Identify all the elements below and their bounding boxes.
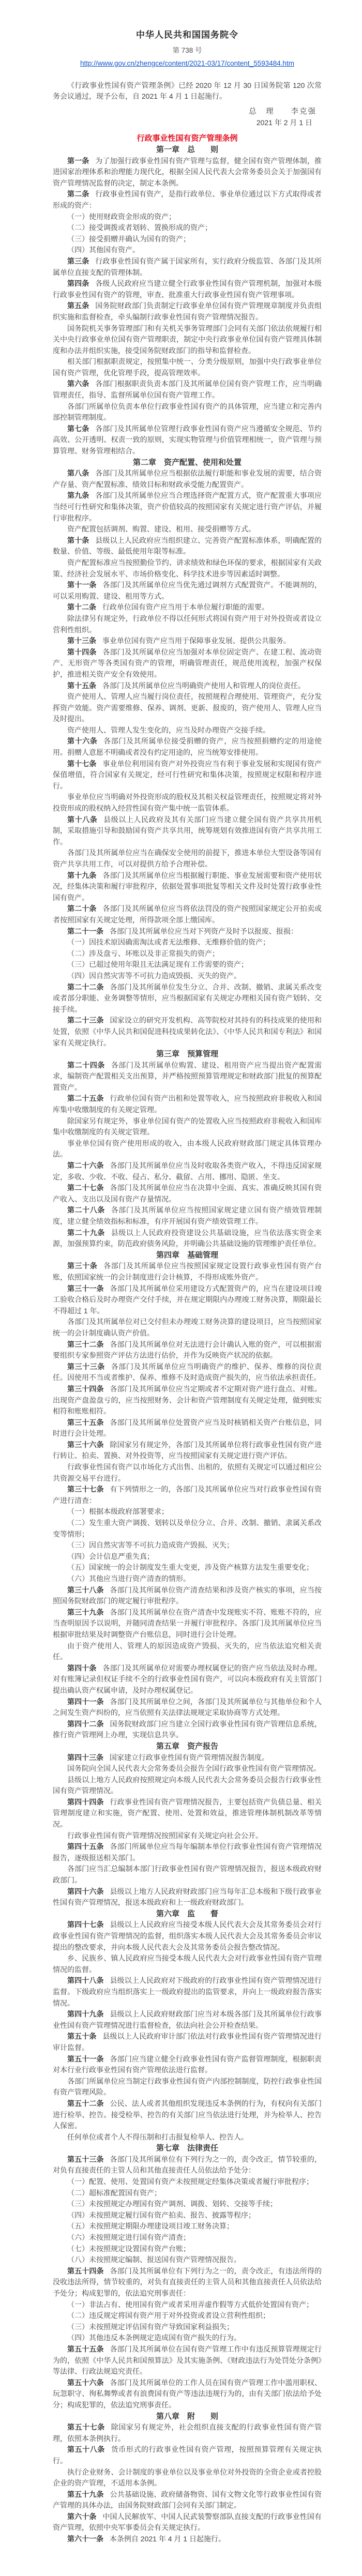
article-number: 第二十七条 (67, 1184, 104, 1192)
continuation-paragraph: 资产配置包括调剂、购置、建设、租用、接受捐赠等方式。 (53, 524, 322, 535)
article-number: 第五十三条 (67, 2155, 104, 2163)
article-paragraph: 第二十二条各部门及其所属单位发生分立、合并、改制、撤销、隶属关系改变或者部分职能… (53, 982, 322, 1016)
article-number: 第二十四条 (67, 1061, 105, 1069)
chapter-heading: 第七章 法律责任 (53, 2143, 322, 2154)
article-number: 第二十五条 (67, 1094, 104, 1102)
regulation-body: 第一章 总 则第一条为了加强行政事业性国有资产管理与监督，健全国有资产管理体制，… (53, 144, 322, 2545)
article-number: 第三十七条 (67, 1485, 104, 1493)
article-number: 第五十一条 (67, 2055, 104, 2063)
list-item: （四）其他违反本条例规定造成国有资产损失的行为。 (53, 2332, 322, 2344)
article-number: 第四十三条 (67, 1753, 103, 1762)
list-item: （二）超标准配置国有资产； (53, 2188, 322, 2199)
article-paragraph: 第五十三条各部门及其所属单位有下列行为之一的，责令改正，情节较重的，对负有直接责… (53, 2154, 322, 2176)
article-number: 第十条 (67, 536, 89, 544)
article-number: 第五十七条 (67, 2423, 105, 2431)
continuation-paragraph: 行政事业性国有资产以市场化方式出售、出租的，依照有关规定可以通过相应公共资源交易… (53, 1462, 322, 1484)
continuation-paragraph: 相关部门根据职责规定，按照集中统一、分类分级原则，加强中央行政事业单位国有资产管… (53, 356, 322, 378)
continuation-paragraph: 执行企业财务、会计制度的事业单位以及事业单位对外投资的全资企业或者控股企业的资产… (53, 2467, 322, 2489)
article-paragraph: 第四十五条各部门所属单位应当每年编制本单位行政事业性国有资产管理情况报告，逐级报… (53, 1841, 322, 1863)
article-number: 第三十三条 (67, 1362, 105, 1371)
article-number: 第二十二条 (67, 983, 104, 991)
article-paragraph: 第十一条各部门及其所属单位应当优先通过调剂方式配置资产。不能调剂的，可以采用购置… (53, 580, 322, 602)
article-paragraph: 第四十六条县级以上地方人民政府财政部门应当每年汇总本级和下级行政事业性国有资产管… (53, 1886, 322, 1908)
article-paragraph: 第五十九条公共基础设施、政府储备物资、国有文物文化等行政事业性国有资产管理的具体… (53, 2489, 322, 2511)
article-paragraph: 第三条行政事业性国有资产属于国家所有，实行政府分级监管、各部门及其所属单位直接支… (53, 256, 322, 278)
chapter-heading: 第二章 资产配置、使用和处置 (53, 457, 322, 468)
article-paragraph: 第十九条各部门及其所属单位应当根据履行职能、事业发展需要和资产使用状况，经集体决… (53, 870, 322, 904)
list-item: （一）根据本级政府部署要求； (53, 1506, 322, 1518)
article-paragraph: 第五十四条各部门及其所属单位有下列行为之一的，责令改正，有违法所得的没收违法所得… (53, 2266, 322, 2299)
continuation-paragraph: 行政事业性国有资产管理情况按照国家有关规定向社会公开。 (53, 1830, 322, 1842)
source-url-link[interactable]: http://www.gov.cn/zhengce/content/2021-0… (53, 59, 322, 68)
article-paragraph: 第五十五条各部门及其所属单位在国有资产管理工作中有违反预算管理规定行为的，依照《… (53, 2344, 322, 2377)
article-number: 第三十一条 (67, 1284, 104, 1293)
article-number: 第三条 (67, 257, 89, 265)
article-number: 第三十四条 (67, 1385, 104, 1393)
article-paragraph: 第八条各部门及其所属单位应当根据依法履行职能和事业发展的需要，结合资产存量、资产… (53, 468, 322, 490)
list-item: （四）其他国有资产。 (53, 245, 322, 256)
article-number: 第十一条 (67, 581, 97, 589)
article-number: 第五十九条 (67, 2490, 104, 2498)
list-item: （一）非法占有、使用国有资产或者采用弄虚作假等方式低价处置国有资产； (53, 2299, 322, 2311)
article-paragraph: 第二十九条县级以上人民政府投资建设公共基础设施，应当依法落实资金来源，加强预算约… (53, 1228, 322, 1250)
continuation-paragraph: 除国家另有规定外，事业单位国有资产的处置收入应当按照政府非税收入和国库集中收缴制… (53, 1116, 322, 1138)
continuation-paragraph: 任何单位或者个人不得压制和打击报复检举人、控告人。 (53, 2132, 322, 2143)
list-item: （七）未按照规定设置国有资产台账； (53, 2244, 322, 2255)
continuation-paragraph: 事业单位国有资产使用形成的收入，由本级人民政府财政部门规定具体管理办法。 (53, 1138, 322, 1160)
chapter-heading: 第六章 监 督 (53, 1908, 322, 1920)
article-paragraph: 第十八条县级以上人民政府及其有关部门应当建立健全国有资产共享共用机制，采取措施引… (53, 814, 322, 848)
article-number: 第四十六条 (67, 1887, 104, 1896)
list-item: （三）未按照规定办理国有资产调剂、调拨、划转、交接等手续； (53, 2199, 322, 2210)
list-item: （四）未按照规定履行国有资产拍卖、报告、披露等程序； (53, 2210, 322, 2221)
article-number: 第六十一条 (67, 2535, 103, 2543)
list-item: （五）国家统一的会计制度发生重大变更，涉及资产核算方法发生重要变化； (53, 1562, 322, 1573)
chapter-heading: 第五章 资产报告 (53, 1741, 322, 1752)
article-paragraph: 第五十六条各部门及其所属单位的工作人员在国有资产管理工作中滥用职权、玩忽职守、徇… (53, 2377, 322, 2411)
list-item: （三）已超过使用年限且无法满足现有工作需要的资产； (53, 959, 322, 971)
article-paragraph: 第五条国务院财政部门负责制定行政事业单位国有资产管理规章制度并负责组织实施和监督… (53, 300, 322, 323)
list-item: （一）配置、使用、处置国有资产未按照规定经集体决策或者履行审批程序； (53, 2176, 322, 2188)
continuation-paragraph: 各部门所属单位应当制定行政事业性国有资产内部控制制度，防控行政事业性国有资产管理… (53, 2076, 322, 2098)
continuation-paragraph: 除法律另有规定外，行政单位不得以任何形式将国有资产用于对外投资或者设立营利性组织… (53, 613, 322, 635)
continuation-paragraph: 事业单位应当明确对外投资形成的股权及其相关权益管理责任，按照规定将对外投资形成的… (53, 792, 322, 814)
article-paragraph: 第十六条各部门及其所属单位接受捐赠的资产，应当按照捐赠约定的用途使用。捐赠人意愿… (53, 736, 322, 758)
chapter-heading: 第四章 基础管理 (53, 1250, 322, 1261)
article-paragraph: 第二十三条国家设立的研究开发机构、高等院校对其持有的科技成果的使用和处置，依照《… (53, 1015, 322, 1049)
article-number: 第三十五条 (67, 1418, 104, 1427)
article-paragraph: 第四十条各部门及其所属单位对需要办理权属登记的资产应当依法及时办理。对有账簿记录… (53, 1663, 322, 1696)
article-paragraph: 第五十条县级以上人民政府审计部门依法对行政事业性国有资产管理情况进行审计监督。 (53, 2031, 322, 2053)
article-number: 第五十六条 (67, 2378, 104, 2387)
chapter-heading: 第八章 附 则 (53, 2411, 322, 2422)
list-item: （二）违反规定将国有资产用于对外投资或者设立营利性组织； (53, 2310, 322, 2322)
article-paragraph: 第六十条中国人民解放军、中国人民武装警察部队直接支配的行政事业性国有资产管理，依… (53, 2511, 322, 2534)
article-paragraph: 第十条县级以上人民政府应当组织建立、完善资产配置标准体系，明确配置的数量、价值、… (53, 535, 322, 557)
article-number: 第九条 (67, 491, 89, 499)
article-paragraph: 第二十条各部门及其所属单位应当将依法罚没的资产按照国家规定公开拍卖或者按照国家有… (53, 903, 322, 926)
article-paragraph: 第三十八条各部门及其所属单位资产清查结果和涉及资产核实的事项，应当按照国务院财政… (53, 1585, 322, 1607)
article-paragraph: 第三十九条各部门及其所属单位在资产清查中发现账实不符、账账不符的，应当查明原因予… (53, 1607, 322, 1641)
article-paragraph: 第四十一条各部门及其所属单位之间，各部门及其所属单位与其他单位和个人之间发生资产… (53, 1696, 322, 1719)
article-number: 第四十四条 (67, 1798, 104, 1806)
chapter-heading: 第一章 总 则 (53, 144, 322, 156)
article-number: 第十九条 (67, 871, 97, 880)
article-paragraph: 第二十四条各部门及其所属单位购置、建设、租用资产应当提出资产配置需求，编制资产配… (53, 1060, 322, 1094)
list-item: （四）因自然灾害等不可抗力造成毁损、灭失的资产。 (53, 971, 322, 982)
article-paragraph: 第三十一条各部门及其所属单位采用建设方式配置资产的，应当在建设项目竣工验收合格后… (53, 1283, 322, 1317)
continuation-paragraph: 县级以上地方人民政府按照规定向本级人民代表大会常务委员会报告行政事业性国有资产管… (53, 1775, 322, 1797)
article-number: 第四十五条 (67, 1842, 104, 1851)
article-number: 第五十四条 (67, 2267, 104, 2275)
continuation-paragraph: 各部门及其所属单位对已交付但未办理竣工财务决算的建设项目，应当按照国家统一的会计… (53, 1316, 322, 1339)
document-page: 中华人民共和国国务院令 第 738 号 http://www.gov.cn/zh… (0, 0, 362, 2576)
article-number: 第三十六条 (67, 1441, 104, 1449)
article-paragraph: 第三十二条各部门及其所属单位对无法进行会计确认入账的资产，可以根据需要组织专家参… (53, 1339, 322, 1361)
article-number: 第十三条 (67, 637, 96, 645)
article-number: 第五十五条 (67, 2345, 104, 2353)
article-paragraph: 第七条各部门及其所属单位管理行政事业性国有资产应当遵循安全规范、节约高效、公开透… (53, 423, 322, 457)
article-paragraph: 第四十九条县级以上人民政府财政部门应当对本级各部门及其所属单位行政事业性国有资产… (53, 2009, 322, 2031)
article-number: 第四十二条 (67, 1720, 104, 1728)
article-number: 第三十八条 (67, 1586, 104, 1594)
signature-line: 总 理李克强 (53, 107, 322, 117)
article-number: 第四十七条 (67, 1920, 104, 1929)
continuation-paragraph: 各部门所属单位负责本单位行政事业性国有资产的具体管理，应当建立和完善内部控制管理… (53, 401, 322, 423)
article-number: 第二十条 (67, 904, 97, 913)
continuation-paragraph: 国务院机关事务管理部门和有关机关事务管理部门会同有关部门依法依规履行相关中央行政… (53, 323, 322, 357)
article-paragraph: 第九条各部门及其所属单位应当合理选择资产配置方式，资产配置重大事项应当经可行性研… (53, 490, 322, 524)
article-paragraph: 第三十条各部门及其所属单位应当按照国家规定设置行政事业性国有资产台账，依照国家统… (53, 1261, 322, 1283)
signer-title: 总 理 (249, 108, 275, 116)
article-paragraph: 第四十三条国家建立行政事业性国有资产管理情况报告制度。 (53, 1752, 322, 1764)
chapter-heading: 第三章 预算管理 (53, 1049, 322, 1060)
article-number: 第三十条 (67, 1262, 97, 1270)
article-paragraph: 第四十四条行政事业性国有资产管理情况报告，主要包括资产负债总量、相关管理制度建立… (53, 1797, 322, 1830)
article-paragraph: 第五十七条除国家另有规定外，社会组织直接支配的行政事业性国有资产管理，依照本条例… (53, 2422, 322, 2444)
article-number: 第六条 (67, 380, 89, 388)
article-number: 第四十八条 (67, 1976, 104, 1984)
article-number: 第十七条 (67, 760, 97, 768)
article-paragraph: 第二十六条各部门及其所属单位应当及时收取各类资产收入，不得违反国家规定，多收、少… (53, 1160, 322, 1183)
article-number: 第二十九条 (67, 1229, 105, 1237)
promulgation-paragraph: 《行政事业性国有资产管理条例》已经 2020 年 12 月 30 日国务院第 1… (53, 80, 322, 102)
article-number: 第四十条 (67, 1664, 97, 1672)
article-number: 第一条 (67, 157, 89, 165)
article-paragraph: 第二十八条各部门及其所属单位应当按照国家规定建立国有资产绩效管理制度，建立健全绩… (53, 1205, 322, 1227)
article-number: 第三十二条 (67, 1340, 104, 1348)
continuation-paragraph: 国务院向全国人民代表大会常务委员会报告全国行政事业性国有资产管理情况。 (53, 1763, 322, 1775)
signer-name: 李克强 (291, 108, 317, 116)
article-paragraph: 第五十八条货币形式的行政事业性国有资产管理，按照预算管理有关规定执行。 (53, 2444, 322, 2466)
article-paragraph: 第五十一条各部门应当建立健全行政事业性国有资产监督管理制度，根据职责对本行业行政… (53, 2054, 322, 2076)
continuation-paragraph: 资产使用人、管理人应当履行岗位责任，按照规程合理使用、管理资产，充分发挥资产效能… (53, 691, 322, 725)
article-number: 第二十八条 (67, 1206, 105, 1214)
article-paragraph: 第一条为了加强行政事业性国有资产管理与监督，健全国有资产管理体制，推进国家治理体… (53, 156, 322, 189)
article-paragraph: 第三十六条除国家另有规定外，各部门及其所属单位将行政事业性国有资产进行转让、拍卖… (53, 1439, 322, 1462)
article-paragraph: 第四十八条县级以上人民政府对下级政府的行政事业性国有资产管理情况进行监督。下级政… (53, 1975, 322, 2009)
article-paragraph: 第五十二条公民、法人或者其他组织发现违反本条例的行为，有权向有关部门进行检举、控… (53, 2098, 322, 2132)
list-item: （二）接受调拨或者划转、置换形成的资产； (53, 222, 322, 234)
list-item: （三）未按照规定评估国有资产导致国家利益损失； (53, 2322, 322, 2333)
article-paragraph: 第十二条行政单位国有资产应当用于本单位履行职能的需要。 (53, 602, 322, 613)
article-number: 第五十八条 (67, 2445, 105, 2453)
article-paragraph: 第二十七条各部门及其所属单位应当在决算中全面、真实、准确反映其国有资产收入、支出… (53, 1183, 322, 1205)
list-item: （五）未按照规定期限办理建设项目竣工财务决算； (53, 2221, 322, 2232)
continuation-paragraph: 各部门应当汇总编制本部门行政事业性国有资产管理情况报告，报送本级政府财政部门。 (53, 1863, 322, 1886)
regulation-title: 行政事业性国有资产管理条例 (53, 133, 322, 144)
article-number: 第二十一条 (67, 927, 103, 935)
continuation-paragraph: 乡、民族乡、镇人民政府应当接受本级人民代表大会对行政事业性国有资产管理情况的监督… (53, 1953, 322, 1975)
article-paragraph: 第二十一条各部门及其所属单位应当对下列资产及时予以报废、报损： (53, 926, 322, 937)
list-item: （二）发生重大资产调拨、划转以及单位分立、合并、改制、撤销、隶属关系改变等情形； (53, 1518, 322, 1540)
continuation-paragraph: 由于资产使用人、管理人的原因造成资产毁损、灭失的，应当依法追究相关责任。 (53, 1641, 322, 1663)
article-paragraph: 第十七条事业单位利用国有资产对外投资应当有利于事业发展和实现国有资产保值增值，符… (53, 759, 322, 792)
signature-date: 2021 年 2 月 1 日 (53, 117, 322, 128)
list-item: （一）因技术原因确需淘汰或者无法维修、无维修价值的资产； (53, 937, 322, 948)
article-number: 第十四条 (67, 648, 97, 656)
article-paragraph: 第三十三条各部门及其所属单位应当明确资产的维护、保养、维修的岗位责任。因使用不当… (53, 1361, 322, 1384)
list-item: （三）因自然灾害等不可抗力造成资产毁损、灭失； (53, 1540, 322, 1551)
article-paragraph: 第六十一条本条例自 2021 年 4 月 1 日起施行。 (53, 2534, 322, 2545)
article-paragraph: 第四十七条县级以上人民政府应当接受本级人民代表大会及其常务委员会对行政事业性国有… (53, 1919, 322, 1953)
article-number: 第五十条 (67, 2032, 97, 2040)
continuation-paragraph: 资产使用人、管理人发生变化的，应当及时办理资产交接手续。 (53, 725, 322, 736)
article-paragraph: 第四十二条国务院财政部门应当建立全国行政事业性国有资产管理信息系统，推行资产管理… (53, 1719, 322, 1741)
article-number: 第五十二条 (67, 2099, 104, 2108)
article-paragraph: 第六条各部门根据职责负责本部门及其所属单位国有资产管理工作，应当明确管理责任，指… (53, 378, 322, 401)
article-number: 第二十六条 (67, 1161, 104, 1170)
article-number: 第五条 (67, 301, 89, 310)
article-paragraph: 第十五条各部门及其所属单位应当明确资产使用人和管理人的岗位责任。 (53, 680, 322, 692)
article-paragraph: 第十四条各部门及其所属单位应当加强对本单位固定资产、在建工程、流动资产、无形资产… (53, 647, 322, 680)
article-number: 第八条 (67, 469, 89, 477)
article-number: 第十五条 (67, 681, 96, 690)
article-number: 第四十九条 (67, 2010, 104, 2018)
list-item: （六）未按照规定进行国有资产清查； (53, 2232, 322, 2244)
article-number: 第二条 (67, 190, 89, 198)
article-paragraph: 第十三条事业单位国有资产应当用于保障事业发展、提供公共服务。 (53, 635, 322, 647)
continuation-paragraph: 资产配置标准应当按照勤俭节约、讲求绩效和绿色环保的要求，根据国家有关政策、经济社… (53, 557, 322, 580)
article-number: 第十二条 (67, 603, 96, 611)
article-number: 第六十条 (67, 2512, 97, 2521)
article-number: 第十八条 (67, 815, 97, 824)
decree-number: 第 738 号 (53, 46, 322, 55)
list-item: （四）会计信息严重失真； (53, 1551, 322, 1563)
article-number: 第二十三条 (67, 1016, 104, 1024)
article-number: 第十六条 (67, 737, 97, 745)
article-paragraph: 第二十五条行政单位国有资产出租和处置等收入，应当按照政府非税收入和国库集中收缴制… (53, 1093, 322, 1115)
article-number: 第四十一条 (67, 1698, 104, 1706)
list-item: （三）接受捐赠并确认为国有的资产； (53, 234, 322, 245)
continuation-paragraph: 各部门及其所属单位应当在确保安全使用的前提下，推进本单位大型设备等国有资产共享共… (53, 847, 322, 870)
article-number: 第七条 (67, 425, 89, 433)
article-number: 第四条 (67, 279, 89, 287)
article-paragraph: 第三十七条有下列情形之一的，各部门及其所属单位应当对行政事业性国有资产进行清查： (53, 1484, 322, 1506)
article-paragraph: 第四条各级人民政府应当建立健全行政事业性国有资产管理机制，加强对本级行政事业性国… (53, 278, 322, 300)
list-item: （二）涉及盘亏、坏账以及非正常损失的资产； (53, 948, 322, 960)
article-paragraph: 第三十四条各部门及其所属单位应当定期或者不定期对资产进行盘点、对账。出现资产盘盈… (53, 1384, 322, 1417)
article-paragraph: 第三十五条各部门及其所属单位处置资产应当及时核销相关资产台账信息，同时进行会计处… (53, 1417, 322, 1439)
list-item: （六）其他应当进行资产清查的情形。 (53, 1573, 322, 1585)
decree-title: 中华人民共和国国务院令 (53, 30, 322, 40)
article-number: 第三十九条 (67, 1608, 104, 1616)
article-paragraph: 第二条行政事业性国有资产，是指行政单位、事业单位通过以下方式取得或者形成的资产： (53, 189, 322, 211)
list-item: （八）未按照规定编制、报送国有资产管理情况报告。 (53, 2254, 322, 2266)
list-item: （一）使用财政资金形成的资产； (53, 211, 322, 223)
decree-header: 中华人民共和国国务院令 第 738 号 http://www.gov.cn/zh… (53, 30, 322, 128)
